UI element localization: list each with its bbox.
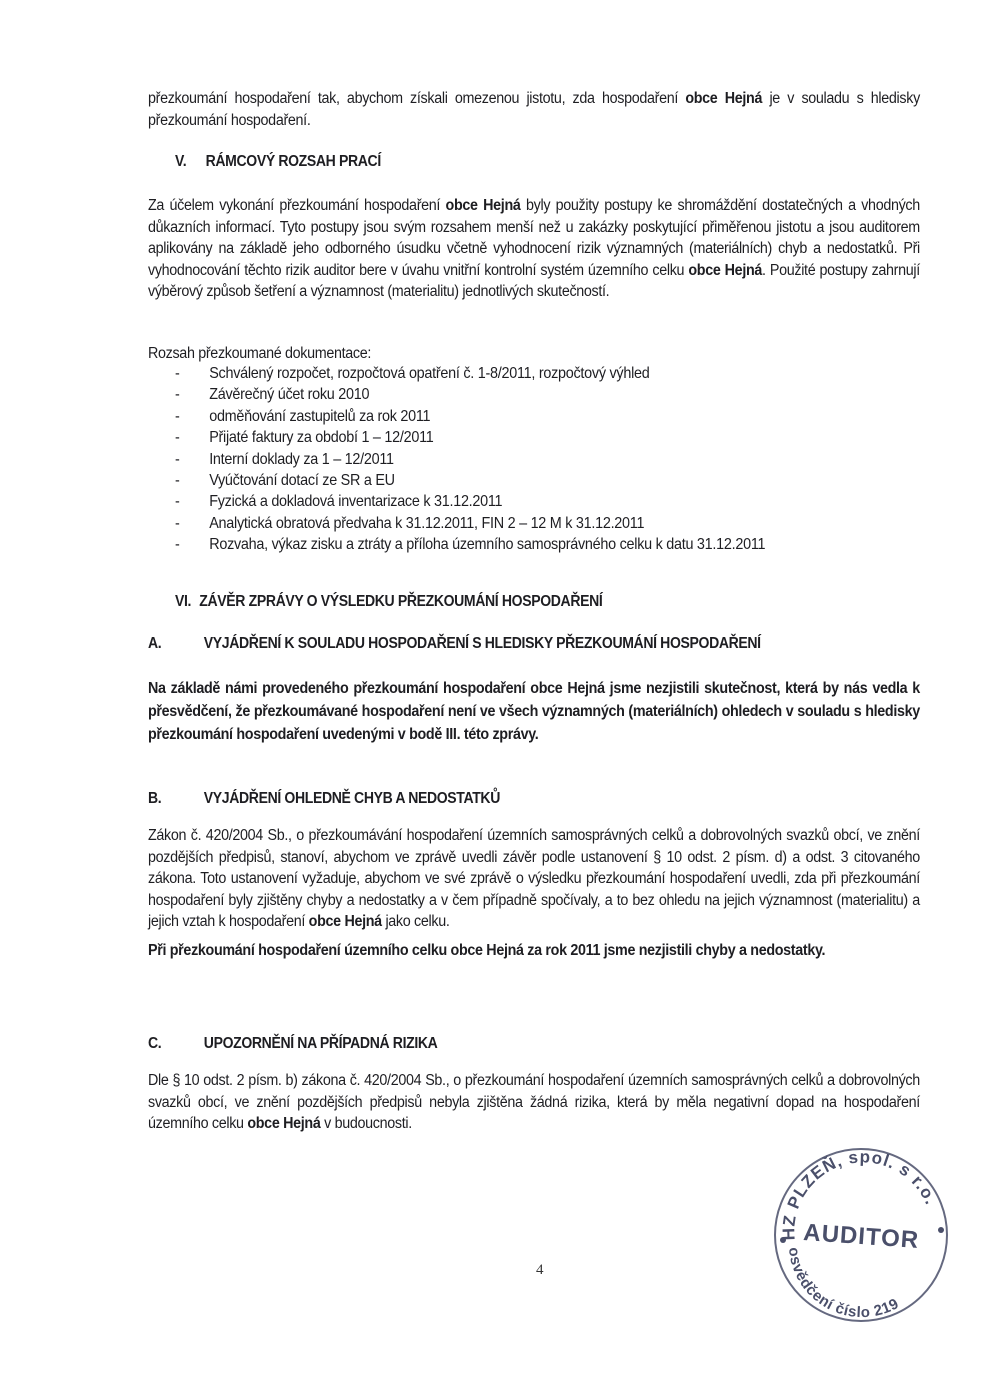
bullet-dash: - <box>175 513 180 534</box>
scope-list-item: -Fyzická a dokladová inventarizace k 31.… <box>175 491 765 512</box>
scope-item-text: Analytická obratová předvaha k 31.12.201… <box>209 515 644 532</box>
scope-list-item: -Analytická obratová předvaha k 31.12.20… <box>175 513 765 534</box>
scope-item-text: Interní doklady za 1 – 12/2011 <box>209 451 394 468</box>
scope-item-text: Závěrečný účet roku 2010 <box>209 386 369 403</box>
scope-item-text: Fyzická a dokladová inventarizace k 31.1… <box>209 493 502 510</box>
scope-item-text: Rozvaha, výkaz zisku a ztráty a příloha … <box>209 536 765 553</box>
scope-list-item: -Rozvaha, výkaz zisku a ztráty a příloha… <box>175 534 765 555</box>
bullet-dash: - <box>175 470 180 491</box>
subsection-title: UPOZORNĚNÍ NA PŘÍPADNÁ RIZIKA <box>204 1035 438 1052</box>
section-title: ZÁVĚR ZPRÁVY O VÝSLEDKU PŘEZKOUMÁNÍ HOSP… <box>199 593 602 610</box>
subsection-c-heading: C.UPOZORNĚNÍ NA PŘÍPADNÁ RIZIKA <box>148 1035 437 1053</box>
svg-text:osvědčení číslo 219: osvědčení číslo 219 <box>785 1246 902 1321</box>
bullet-dash: - <box>175 491 180 512</box>
subsection-a-paragraph: Na základě námi provedeného přezkoumání … <box>148 677 920 746</box>
scope-list: -Schválený rozpočet, rozpočtová opatření… <box>175 363 765 556</box>
paragraph-text: jako celku. <box>382 913 450 930</box>
section-number: VI. <box>175 593 199 611</box>
bullet-dash: - <box>175 384 180 405</box>
paragraph-text: Zákon č. 420/2004 Sb., o přezkoumávání h… <box>148 827 920 930</box>
scope-list-item: -Závěrečný účet roku 2010 <box>175 384 765 405</box>
subsection-title: VYJÁDŘENÍ OHLEDNĚ CHYB A NEDOSTATKŮ <box>204 790 500 807</box>
bullet-dash: - <box>175 534 180 555</box>
entity-name: obce Hejná <box>309 913 382 930</box>
page-number: 4 <box>536 1262 544 1279</box>
bullet-dash: - <box>175 406 180 427</box>
section-v-paragraph: Za účelem vykonání přezkoumání hospodaře… <box>148 195 920 303</box>
scope-list-item: -Schválený rozpočet, rozpočtová opatření… <box>175 363 765 384</box>
subsection-c-paragraph: Dle § 10 odst. 2 písm. b) zákona č. 420/… <box>148 1070 920 1135</box>
scope-item-text: Schválený rozpočet, rozpočtová opatření … <box>209 365 649 382</box>
paragraph-text: v budoucnosti. <box>320 1115 411 1132</box>
subsection-letter: A. <box>148 635 204 653</box>
subsection-b-paragraph: Zákon č. 420/2004 Sb., o přezkoumávání h… <box>148 825 920 933</box>
subsection-title: VYJÁDŘENÍ K SOULADU HOSPODAŘENÍ S HLEDIS… <box>204 635 761 652</box>
bullet-dash: - <box>175 363 180 384</box>
scope-item-text: Vyúčtování dotací ze SR a EU <box>209 472 395 489</box>
bullet-dash: - <box>175 449 180 470</box>
section-vi-heading: VI.ZÁVĚR ZPRÁVY O VÝSLEDKU PŘEZKOUMÁNÍ H… <box>175 593 602 611</box>
auditor-stamp-icon: HZ PLZEŇ, spol. s r.o. AUDITOR osvědčení… <box>765 1140 955 1330</box>
scope-item-text: Přijaté faktury za období 1 – 12/2011 <box>209 429 433 446</box>
entity-name: obce Hejná <box>685 90 762 107</box>
subsection-letter: B. <box>148 790 204 808</box>
entity-name: obce Hejná <box>446 197 521 214</box>
intro-text: přezkoumání hospodaření tak, abychom zís… <box>148 90 685 107</box>
scope-list-item: -Interní doklady za 1 – 12/2011 <box>175 449 765 470</box>
entity-name: obce Hejná <box>688 262 762 279</box>
entity-name: obce Hejná <box>247 1115 320 1132</box>
subsection-b-conclusion: Při přezkoumání hospodaření územního cel… <box>148 940 920 962</box>
section-v-heading: V.RÁMCOVÝ ROZSAH PRACÍ <box>175 153 381 171</box>
scope-list-item: -odměňování zastupitelů za rok 2011 <box>175 406 765 427</box>
section-title: RÁMCOVÝ ROZSAH PRACÍ <box>206 153 381 170</box>
intro-paragraph: přezkoumání hospodaření tak, abychom zís… <box>148 88 920 131</box>
subsection-a-heading: A.VYJÁDŘENÍ K SOULADU HOSPODAŘENÍ S HLED… <box>148 635 761 653</box>
section-number: V. <box>175 153 206 171</box>
subsection-b-heading: B.VYJÁDŘENÍ OHLEDNĚ CHYB A NEDOSTATKŮ <box>148 790 500 808</box>
bullet-dash: - <box>175 427 180 448</box>
scope-list-item: -Vyúčtování dotací ze SR a EU <box>175 470 765 491</box>
subsection-letter: C. <box>148 1035 204 1053</box>
stamp-bottom-text: osvědčení číslo 219 <box>785 1246 902 1321</box>
scope-label: Rozsah přezkoumané dokumentace: <box>148 343 371 365</box>
scope-item-text: odměňování zastupitelů za rok 2011 <box>209 408 430 425</box>
document-page: přezkoumání hospodaření tak, abychom zís… <box>0 0 1000 1386</box>
stamp-center-text: AUDITOR <box>802 1219 919 1254</box>
scope-list-item: -Přijaté faktury za období 1 – 12/2011 <box>175 427 765 448</box>
paragraph-text: Za účelem vykonání přezkoumání hospodaře… <box>148 197 446 214</box>
